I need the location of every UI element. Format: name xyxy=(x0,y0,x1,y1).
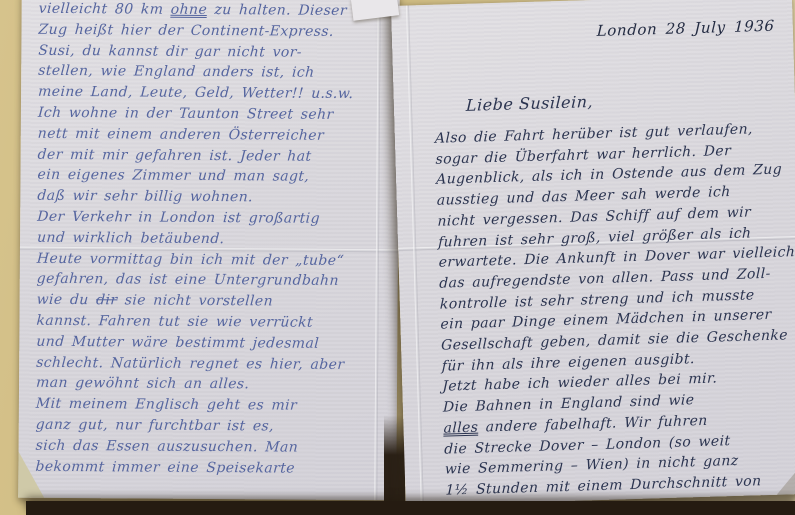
letter-date: London 28 July 1936 xyxy=(597,17,776,40)
handwriting-line: daß wir sehr billig wohnen. xyxy=(37,186,354,209)
handwriting-line: Der Verkehr in London ist großartig xyxy=(37,207,354,230)
letter-left-page: vielleicht 80 km ohne zu halten. DieserZ… xyxy=(18,0,400,500)
handwriting-line: schlecht. Natürlich regnet es hier, aber xyxy=(36,352,353,375)
handwriting-line: Susi, du kannst dir gar nicht vor- xyxy=(38,40,355,63)
handwriting-line: gefahren, das ist eine Untergrundbahn xyxy=(36,269,353,292)
handwriting-line: Mit meinem Englisch geht es mir xyxy=(35,394,352,417)
handwriting-line: stellen, wie England anders ist, ich xyxy=(38,61,355,84)
letter-salutation: Liebe Susilein, xyxy=(466,92,594,115)
table-edge-shadow xyxy=(26,501,795,515)
right-page-text: Also die Fahrt herüber ist gut verlaufen… xyxy=(435,118,795,501)
handwriting-line: und Mutter wäre bestimmt jedesmal xyxy=(36,332,353,355)
handwriting-line: Heute vormittag bin ich mit der „tube“ xyxy=(36,248,353,271)
page-gap-shadow xyxy=(384,415,405,515)
handwriting-line: Ich wohne in der Taunton Street sehr xyxy=(37,103,354,126)
handwriting-line: nett mit einem anderen Österreicher xyxy=(37,124,354,147)
handwriting-line: und wirklich betäubend. xyxy=(36,228,353,251)
letter-photo: vielleicht 80 km ohne zu halten. DieserZ… xyxy=(0,0,795,515)
handwriting-line: man gewöhnt sich an alles. xyxy=(35,373,352,396)
handwriting-line: vielleicht 80 km ohne zu halten. Dieser xyxy=(38,0,355,22)
handwriting-line: ganz gut, nur furchtbar ist es, xyxy=(35,415,352,438)
handwriting-line: bekommt immer eine Speisekarte xyxy=(35,456,352,479)
handwriting-line: der mit mir gefahren ist. Jeder hat xyxy=(37,144,354,167)
handwriting-line: ein eigenes Zimmer und man sagt, xyxy=(37,165,354,188)
letter-right-page: London 28 July 1936 Liebe Susilein, Also… xyxy=(391,0,795,506)
left-page-text: vielleicht 80 km ohne zu halten. DieserZ… xyxy=(35,0,354,479)
handwriting-line: kannst. Fahren tut sie wie verrückt xyxy=(36,311,353,334)
handwriting-line: sich das Essen auszusuchen. Man xyxy=(35,436,352,459)
handwriting-line: Zug heißt hier der Continent-Express. xyxy=(38,20,355,43)
fold-crease xyxy=(406,5,424,505)
handwriting-line: wie du dir sie nicht vorstellen xyxy=(36,290,353,313)
handwriting-line: meine Land, Leute, Geld, Wetter!! u.s.w. xyxy=(37,82,354,105)
